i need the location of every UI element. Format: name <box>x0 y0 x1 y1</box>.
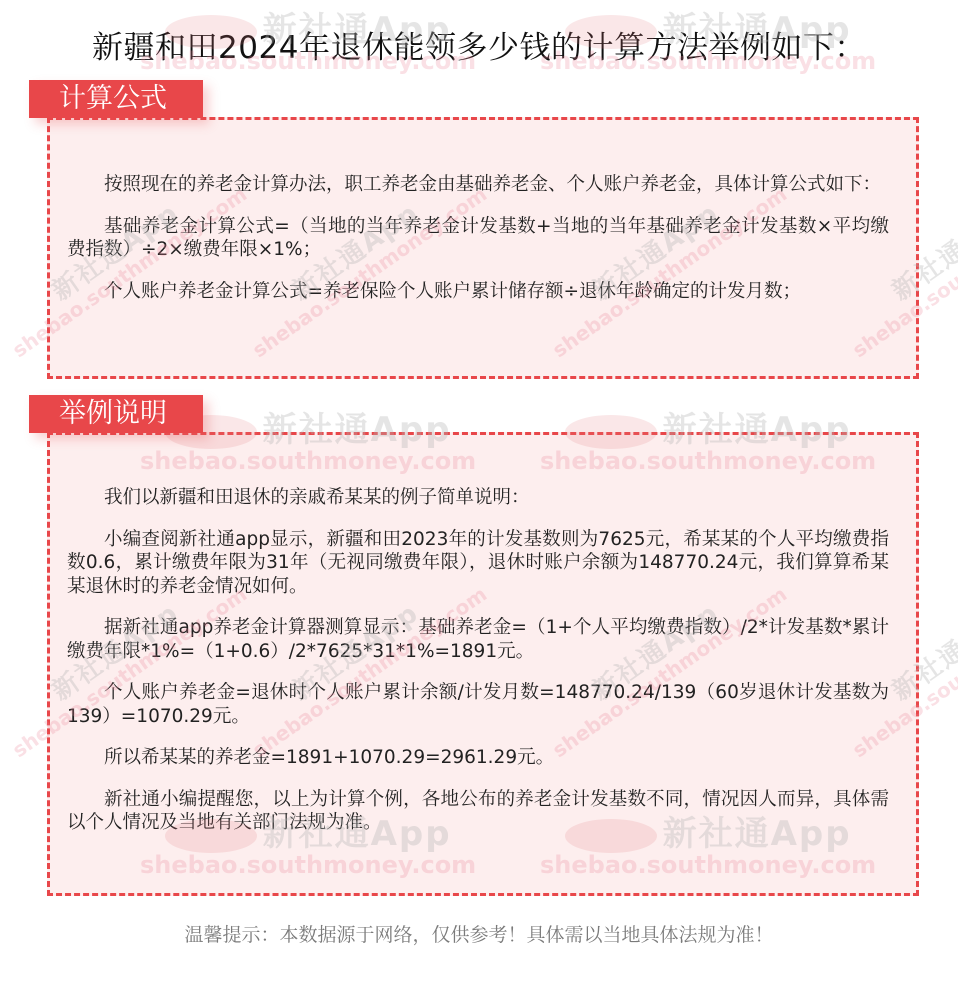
footer-disclaimer: 温馨提示：本数据源于网络，仅供参考！具体需以当地具体法规为准！ <box>0 920 958 947</box>
section-tag-formula: 计算公式 <box>29 80 203 118</box>
paragraph: 个人账户养老金=退休时个人账户累计余额/计发月数=148770.24/139（6… <box>67 681 889 728</box>
paragraph: 个人账户养老金计算公式=养老保险个人账户累计储存额÷退休年龄确定的计发月数； <box>67 280 889 304</box>
paragraph: 小编查阅新社通app显示，新疆和田2023年的计发基数则为7625元，希某某的个… <box>67 528 889 599</box>
paragraph: 所以希某某的养老金=1891+1070.29=2961.29元。 <box>67 746 889 770</box>
page-title: 新疆和田2024年退休能领多少钱的计算方法举例如下： <box>0 22 958 67</box>
paragraph: 我们以新疆和田退休的亲戚希某某的例子简单说明： <box>67 486 889 510</box>
section-body-example: 我们以新疆和田退休的亲戚希某某的例子简单说明： 小编查阅新社通app显示，新疆和… <box>67 486 889 835</box>
paragraph: 新社通小编提醒您，以上为计算个例，各地公布的养老金计发基数不同，情况因人而异，具… <box>67 788 889 835</box>
paragraph: 据新社通app养老金计算器测算显示：基础养老金=（1+个人平均缴费指数）/2*计… <box>67 616 889 663</box>
paragraph: 按照现在的养老金计算办法，职工养老金由基础养老金、个人账户养老金，具体计算公式如… <box>67 173 889 197</box>
section-body-formula: 按照现在的养老金计算办法，职工养老金由基础养老金、个人账户养老金，具体计算公式如… <box>67 173 889 303</box>
paragraph: 基础养老金计算公式=（当地的当年养老金计发基数+当地的当年基础养老金计发基数×平… <box>67 215 889 262</box>
section-tag-example: 举例说明 <box>29 395 203 433</box>
